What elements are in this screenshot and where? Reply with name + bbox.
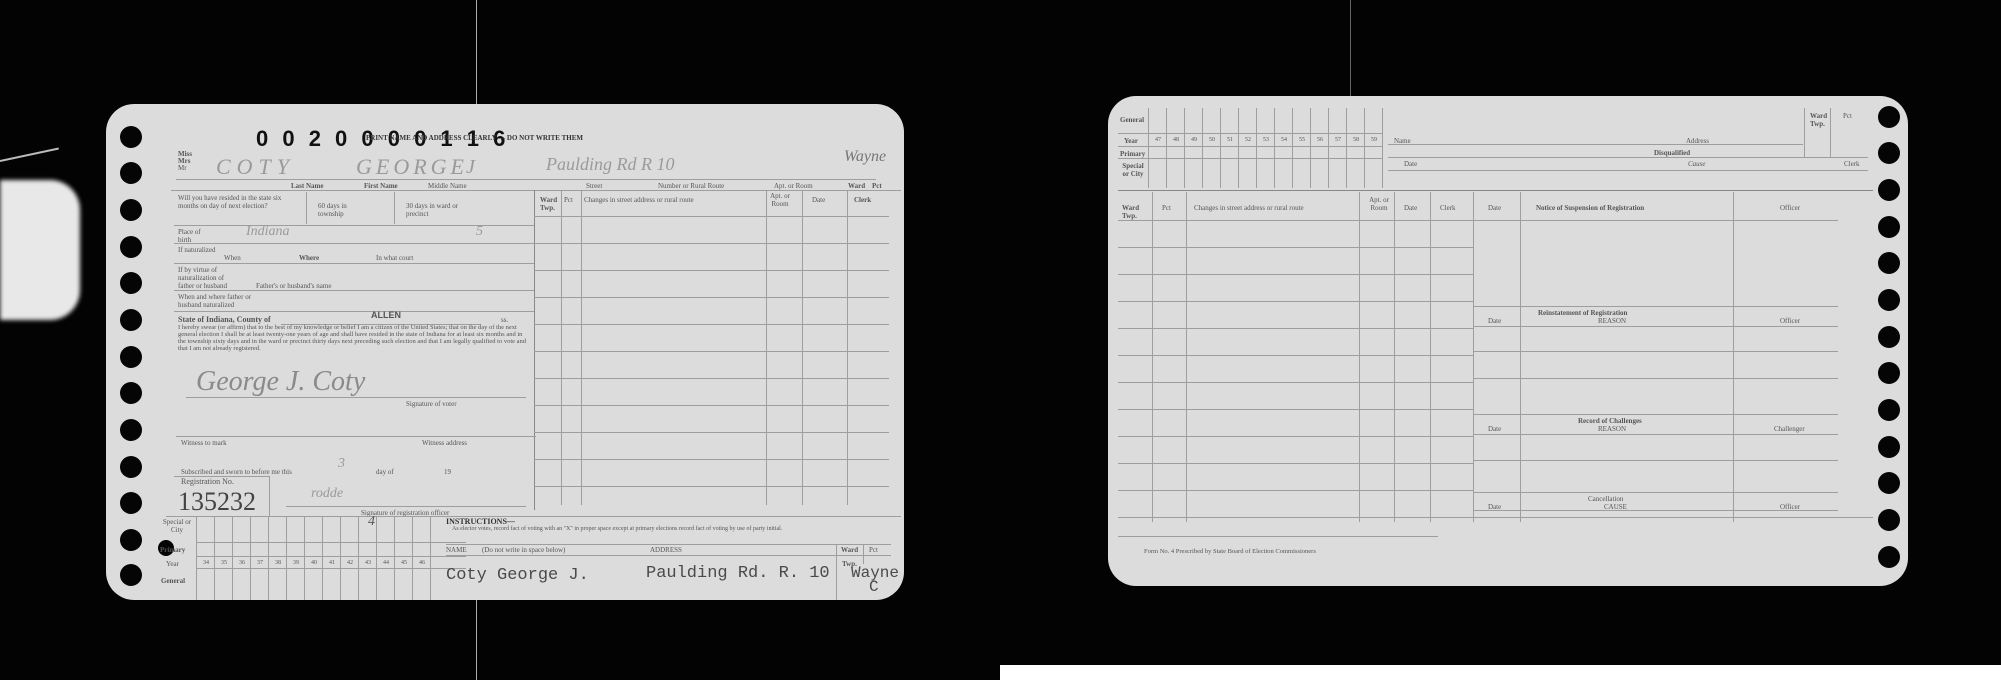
back-pct-label: Pct: [1843, 112, 1852, 120]
back-ward-label: Ward Twp.: [1810, 112, 1830, 128]
naturalized-when: When: [224, 254, 241, 262]
grid: [1118, 490, 1473, 491]
grid: [1118, 190, 1873, 191]
back-vote-primary: Primary: [1120, 150, 1145, 158]
vote-mark: 4: [368, 514, 375, 530]
cancellation-title: Cancellation: [1588, 495, 1623, 503]
punch-hole-icon: [1878, 106, 1900, 128]
challenges-col-reason: REASON: [1598, 425, 1626, 433]
grid: [412, 516, 413, 600]
grid: [1152, 192, 1153, 522]
back-change-col-apt: Apt. or Room: [1368, 196, 1390, 212]
grid: [1184, 108, 1185, 188]
header-instruction: PRINT NAME AND ADDRESS CLEARLY — DO NOT …: [366, 134, 583, 142]
year-cell: 41: [324, 560, 340, 566]
punch-hole-icon: [1878, 362, 1900, 384]
front-registration-card: 0 0 2 0 0 0 0 1 1 6 PRINT NAME AND ADDRE…: [106, 104, 904, 600]
punch-hole-icon: [1878, 326, 1900, 348]
grid: [1118, 133, 1383, 134]
grid: [1473, 326, 1838, 327]
registration-number: 135232: [178, 487, 256, 517]
year-cell: 49: [1186, 137, 1202, 143]
grid: [1473, 510, 1838, 511]
grid: [1388, 144, 1803, 145]
instructions-heading: INSTRUCTIONS—: [446, 518, 515, 526]
grid: [1733, 192, 1734, 522]
year-cell: 34: [198, 560, 214, 566]
instructions-text: As elector votes, record fact of voting …: [452, 526, 882, 533]
grid: [1118, 301, 1473, 302]
last-name-value: COTY: [216, 154, 295, 180]
first-name-value: GEORGE: [356, 154, 468, 180]
punch-hole-icon: [120, 419, 142, 441]
grid: [1473, 460, 1838, 461]
grid: [1274, 108, 1275, 188]
divider: [534, 190, 535, 510]
change-col-address: Changes in street address or rural route: [584, 196, 694, 204]
grid: [534, 297, 889, 298]
grid: [534, 378, 889, 379]
punch-hole-icon: [1878, 142, 1900, 164]
grid: [1118, 146, 1383, 147]
divider: [174, 243, 534, 244]
year-cell: 55: [1294, 137, 1310, 143]
grid: [1430, 192, 1431, 522]
typed-name: Coty George J.: [446, 566, 589, 585]
punch-hole-icon: [1878, 472, 1900, 494]
grid: [376, 516, 377, 600]
oath-text: I hereby swear (or affirm) that to the b…: [178, 324, 528, 352]
year-cell: 38: [270, 560, 286, 566]
grid: [1118, 355, 1473, 356]
punch-hole-icon: [120, 126, 142, 148]
divider: [394, 192, 395, 224]
birth-value: Indiana: [246, 224, 290, 240]
year-cell: 47: [1150, 137, 1166, 143]
grid: [534, 486, 889, 487]
last-name-label: Last Name: [291, 182, 323, 190]
grid: [268, 516, 269, 600]
back-registration-card: General Year Primary Special or City 47 …: [1108, 96, 1908, 586]
grid: [1473, 378, 1838, 379]
year-cell: 59: [1366, 137, 1382, 143]
naturalized-label: If naturalized: [178, 246, 218, 254]
footer-ward-label: Ward: [841, 546, 858, 554]
subscribed-day: 3: [338, 456, 345, 472]
back-change-col-ward: Ward Twp.: [1122, 204, 1142, 220]
divider: [174, 263, 534, 264]
challenges-title: Record of Challenges: [1578, 417, 1642, 425]
punch-hole-icon: [120, 564, 142, 586]
middle-name-label: Middle Name: [428, 182, 467, 190]
year-cell: 44: [378, 560, 394, 566]
name-underline: [176, 179, 876, 180]
year-cell: 37: [252, 560, 268, 566]
grid: [1520, 192, 1521, 522]
registrar-signature: rodde: [311, 486, 343, 502]
divider: [171, 190, 901, 191]
grid: [1394, 192, 1395, 522]
grid: [250, 516, 251, 600]
grid: [214, 516, 215, 600]
grid: [802, 190, 803, 505]
back-vote-special: Special or City: [1120, 162, 1146, 178]
punch-hole-icon: [1878, 252, 1900, 274]
grid: [1118, 158, 1383, 159]
signature-label: Signature of voter: [406, 400, 457, 408]
grid: [196, 556, 466, 557]
grid: [581, 190, 582, 505]
grid: [1256, 108, 1257, 188]
title-mr: Mr: [178, 164, 187, 172]
address-handwritten: Paulding Rd R 10: [546, 154, 675, 175]
grid: [534, 351, 889, 352]
when-where-label: When and where father or husband natural…: [178, 293, 263, 309]
year-cell: 35: [216, 560, 232, 566]
year-cell: 40: [306, 560, 322, 566]
grid: [1186, 192, 1187, 522]
grid: [1118, 328, 1473, 329]
vote-label-year: Year: [166, 560, 179, 568]
grid: [1118, 247, 1473, 248]
back-change-col-address: Changes in street address or rural route: [1194, 204, 1304, 212]
change-col-clerk: Clerk: [854, 196, 871, 204]
year-cell: 57: [1330, 137, 1346, 143]
year-cell: 48: [1168, 137, 1184, 143]
year-cell: 36: [234, 560, 250, 566]
grid: [1804, 108, 1805, 158]
grid: [1382, 108, 1383, 188]
naturalized-court: In what court: [376, 254, 413, 262]
suspension-col-notice: Notice of Suspension of Registration: [1536, 204, 1644, 212]
reinstatement-col-officer: Officer: [1780, 317, 1800, 325]
oath-heading: State of Indiana, County of: [178, 316, 271, 324]
grid: [1473, 414, 1838, 415]
grid: [1238, 108, 1239, 188]
grid: [304, 516, 305, 600]
back-change-col-clerk: Clerk: [1440, 204, 1456, 212]
grid: [534, 432, 889, 433]
reinstatement-col-date: Date: [1488, 317, 1501, 325]
ss-label: ss.: [501, 316, 508, 324]
grid: [1388, 157, 1868, 158]
first-name-label: First Name: [364, 182, 398, 190]
grid: [1310, 108, 1311, 188]
suspension-col-officer: Officer: [1780, 204, 1800, 212]
grid: [340, 516, 341, 600]
grid: [1220, 108, 1221, 188]
form-note: Form No. 4 Prescribed by State Board of …: [1144, 548, 1316, 556]
year-cell: 43: [360, 560, 376, 566]
grid: [1118, 409, 1473, 410]
birth-label: Place of birth: [178, 228, 208, 244]
divider: [269, 476, 270, 516]
challenges-col-challenger: Challenger: [1774, 425, 1805, 433]
grid: [534, 270, 889, 271]
typed-pct: C: [869, 578, 879, 596]
back-clerk-label: Clerk: [1844, 160, 1860, 168]
divider: [446, 555, 891, 556]
grid: [196, 568, 466, 569]
punch-hole-icon: [120, 272, 142, 294]
typed-address: Paulding Rd. R. 10: [646, 564, 830, 583]
change-col-apt: Apt. or Room: [769, 192, 791, 208]
grid: [863, 544, 864, 564]
punch-hole-icon: [1878, 546, 1900, 568]
year-cell: 52: [1240, 137, 1256, 143]
grid: [1118, 274, 1473, 275]
punch-hole-icon: [120, 456, 142, 478]
state-residence-question: Will you have resided in the state six m…: [178, 194, 288, 210]
year-cell: 51: [1222, 137, 1238, 143]
year-cell: 53: [1258, 137, 1274, 143]
back-date-label: Date: [1404, 160, 1417, 168]
witness-mark-label: Witness to mark: [181, 439, 227, 447]
grid: [766, 190, 767, 505]
vote-label-primary: Primary: [160, 546, 185, 554]
signature-line: [186, 397, 526, 398]
reinstatement-title: Reinstatement of Registration: [1538, 309, 1627, 317]
change-col-pct: Pct: [564, 196, 573, 204]
grid: [1118, 436, 1473, 437]
grid: [534, 324, 889, 325]
age-value: 5: [476, 224, 483, 240]
disqualified-label: Disqualified: [1654, 149, 1690, 157]
challenges-col-date: Date: [1488, 425, 1501, 433]
back-vote-year: Year: [1124, 137, 1138, 145]
punch-hole-icon: [1878, 399, 1900, 421]
witness-address-label: Witness address: [422, 439, 467, 447]
grid: [1346, 108, 1347, 188]
registration-label: Registration No.: [181, 478, 234, 486]
punch-hole-icon: [1878, 509, 1900, 531]
county-value: ALLEN: [371, 311, 401, 319]
grid: [1148, 108, 1149, 188]
grid: [1364, 108, 1365, 188]
grid: [1118, 463, 1473, 464]
left-edge-artifact: [0, 180, 80, 320]
grid: [430, 516, 431, 600]
township-question: 60 days in township: [318, 202, 368, 218]
subscribed-day-of: day of: [376, 468, 394, 476]
grid: [1388, 170, 1868, 171]
grid: [1359, 192, 1360, 522]
naturalized-where: Where: [299, 254, 319, 262]
registrar-line: [286, 506, 526, 507]
year-cell: 39: [288, 560, 304, 566]
reinstatement-col-reason: REASON: [1598, 317, 1626, 325]
divider: [174, 311, 534, 312]
punch-hole-icon: [120, 309, 142, 331]
back-cause-label: Cause: [1688, 160, 1706, 168]
punch-hole-icon: [1878, 436, 1900, 458]
footer-note: (Do not write in space below): [482, 546, 565, 554]
grid: [534, 405, 889, 406]
grid: [196, 542, 466, 543]
year-cell: 56: [1312, 137, 1328, 143]
grid: [1830, 108, 1831, 158]
divider: [446, 544, 891, 545]
footer-name-label: NAME: [446, 546, 467, 554]
grid: [358, 516, 359, 600]
footer-address-label: ADDRESS: [650, 546, 682, 554]
grid: [1118, 220, 1838, 221]
grid: [196, 516, 197, 600]
punch-hole-icon: [120, 236, 142, 258]
punch-hole-icon: [1878, 216, 1900, 238]
punch-hole-icon: [1878, 289, 1900, 311]
pct-label: Pct: [872, 182, 882, 190]
film-divider-line: [1350, 0, 1351, 96]
back-change-col-date: Date: [1404, 204, 1417, 212]
grid: [561, 190, 562, 505]
ward-label: Ward: [848, 182, 865, 190]
grid: [1473, 306, 1838, 307]
year-cell: 54: [1276, 137, 1292, 143]
footer-pct-label: Pct: [869, 546, 878, 554]
grid: [1292, 108, 1293, 188]
grid: [232, 516, 233, 600]
suspension-col-date: Date: [1488, 204, 1501, 212]
divider: [306, 192, 307, 224]
ward-handwritten: Wayne: [844, 148, 886, 166]
back-vote-general: General: [1120, 116, 1144, 124]
by-virtue-label: If by virtue of naturalization of father…: [178, 266, 238, 290]
punch-hole-icon: [120, 529, 142, 551]
grid: [534, 243, 889, 244]
apt-label: Apt. or Room: [774, 182, 813, 190]
year-cell: 50: [1204, 137, 1220, 143]
subscribed-text: Subscribed and sworn to before me this: [181, 468, 292, 476]
year-cell: 46: [414, 560, 430, 566]
grid: [286, 516, 287, 600]
change-col-ward: Ward Twp.: [540, 196, 560, 212]
grid: [1473, 351, 1838, 352]
divider: [166, 516, 901, 517]
voter-signature: George J. Coty: [196, 366, 365, 398]
punch-hole-icon: [120, 346, 142, 368]
year-cell: 42: [342, 560, 358, 566]
punch-hole-icon: [120, 199, 142, 221]
grid: [1473, 492, 1838, 493]
subscribed-year: 19: [444, 468, 451, 476]
punch-hole-icon: [120, 162, 142, 184]
grid: [534, 459, 889, 460]
change-col-date: Date: [812, 196, 825, 204]
divider: [174, 290, 534, 291]
grid: [1202, 108, 1203, 188]
number-label: Number or Rural Route: [658, 182, 724, 190]
punch-hole-icon: [120, 382, 142, 404]
divider: [1118, 536, 1438, 537]
bottom-white-strip: [1000, 665, 2001, 680]
grid: [836, 544, 837, 600]
grid: [847, 190, 848, 505]
grid: [1473, 192, 1474, 522]
grid: [394, 516, 395, 600]
grid: [322, 516, 323, 600]
punch-hole-icon: [120, 492, 142, 514]
grid: [1473, 434, 1838, 435]
grid: [1328, 108, 1329, 188]
father-name-label: Father's or husband's name: [256, 282, 331, 290]
grid: [1166, 108, 1167, 188]
scratch-mark: [0, 148, 59, 162]
grid: [1118, 382, 1473, 383]
grid: [534, 216, 889, 217]
year-cell: 58: [1348, 137, 1364, 143]
grid: [1118, 517, 1873, 518]
middle-name-value: J: [466, 156, 475, 179]
punch-hole-icon: [1878, 179, 1900, 201]
back-change-col-pct: Pct: [1162, 204, 1171, 212]
street-label: Street: [586, 182, 602, 190]
witness-line: [176, 436, 536, 437]
vote-label-general: General: [161, 577, 185, 585]
vote-label-special: Special or City: [162, 518, 192, 534]
ward-question: 30 days in ward or precinct: [406, 202, 466, 218]
year-cell: 45: [396, 560, 412, 566]
